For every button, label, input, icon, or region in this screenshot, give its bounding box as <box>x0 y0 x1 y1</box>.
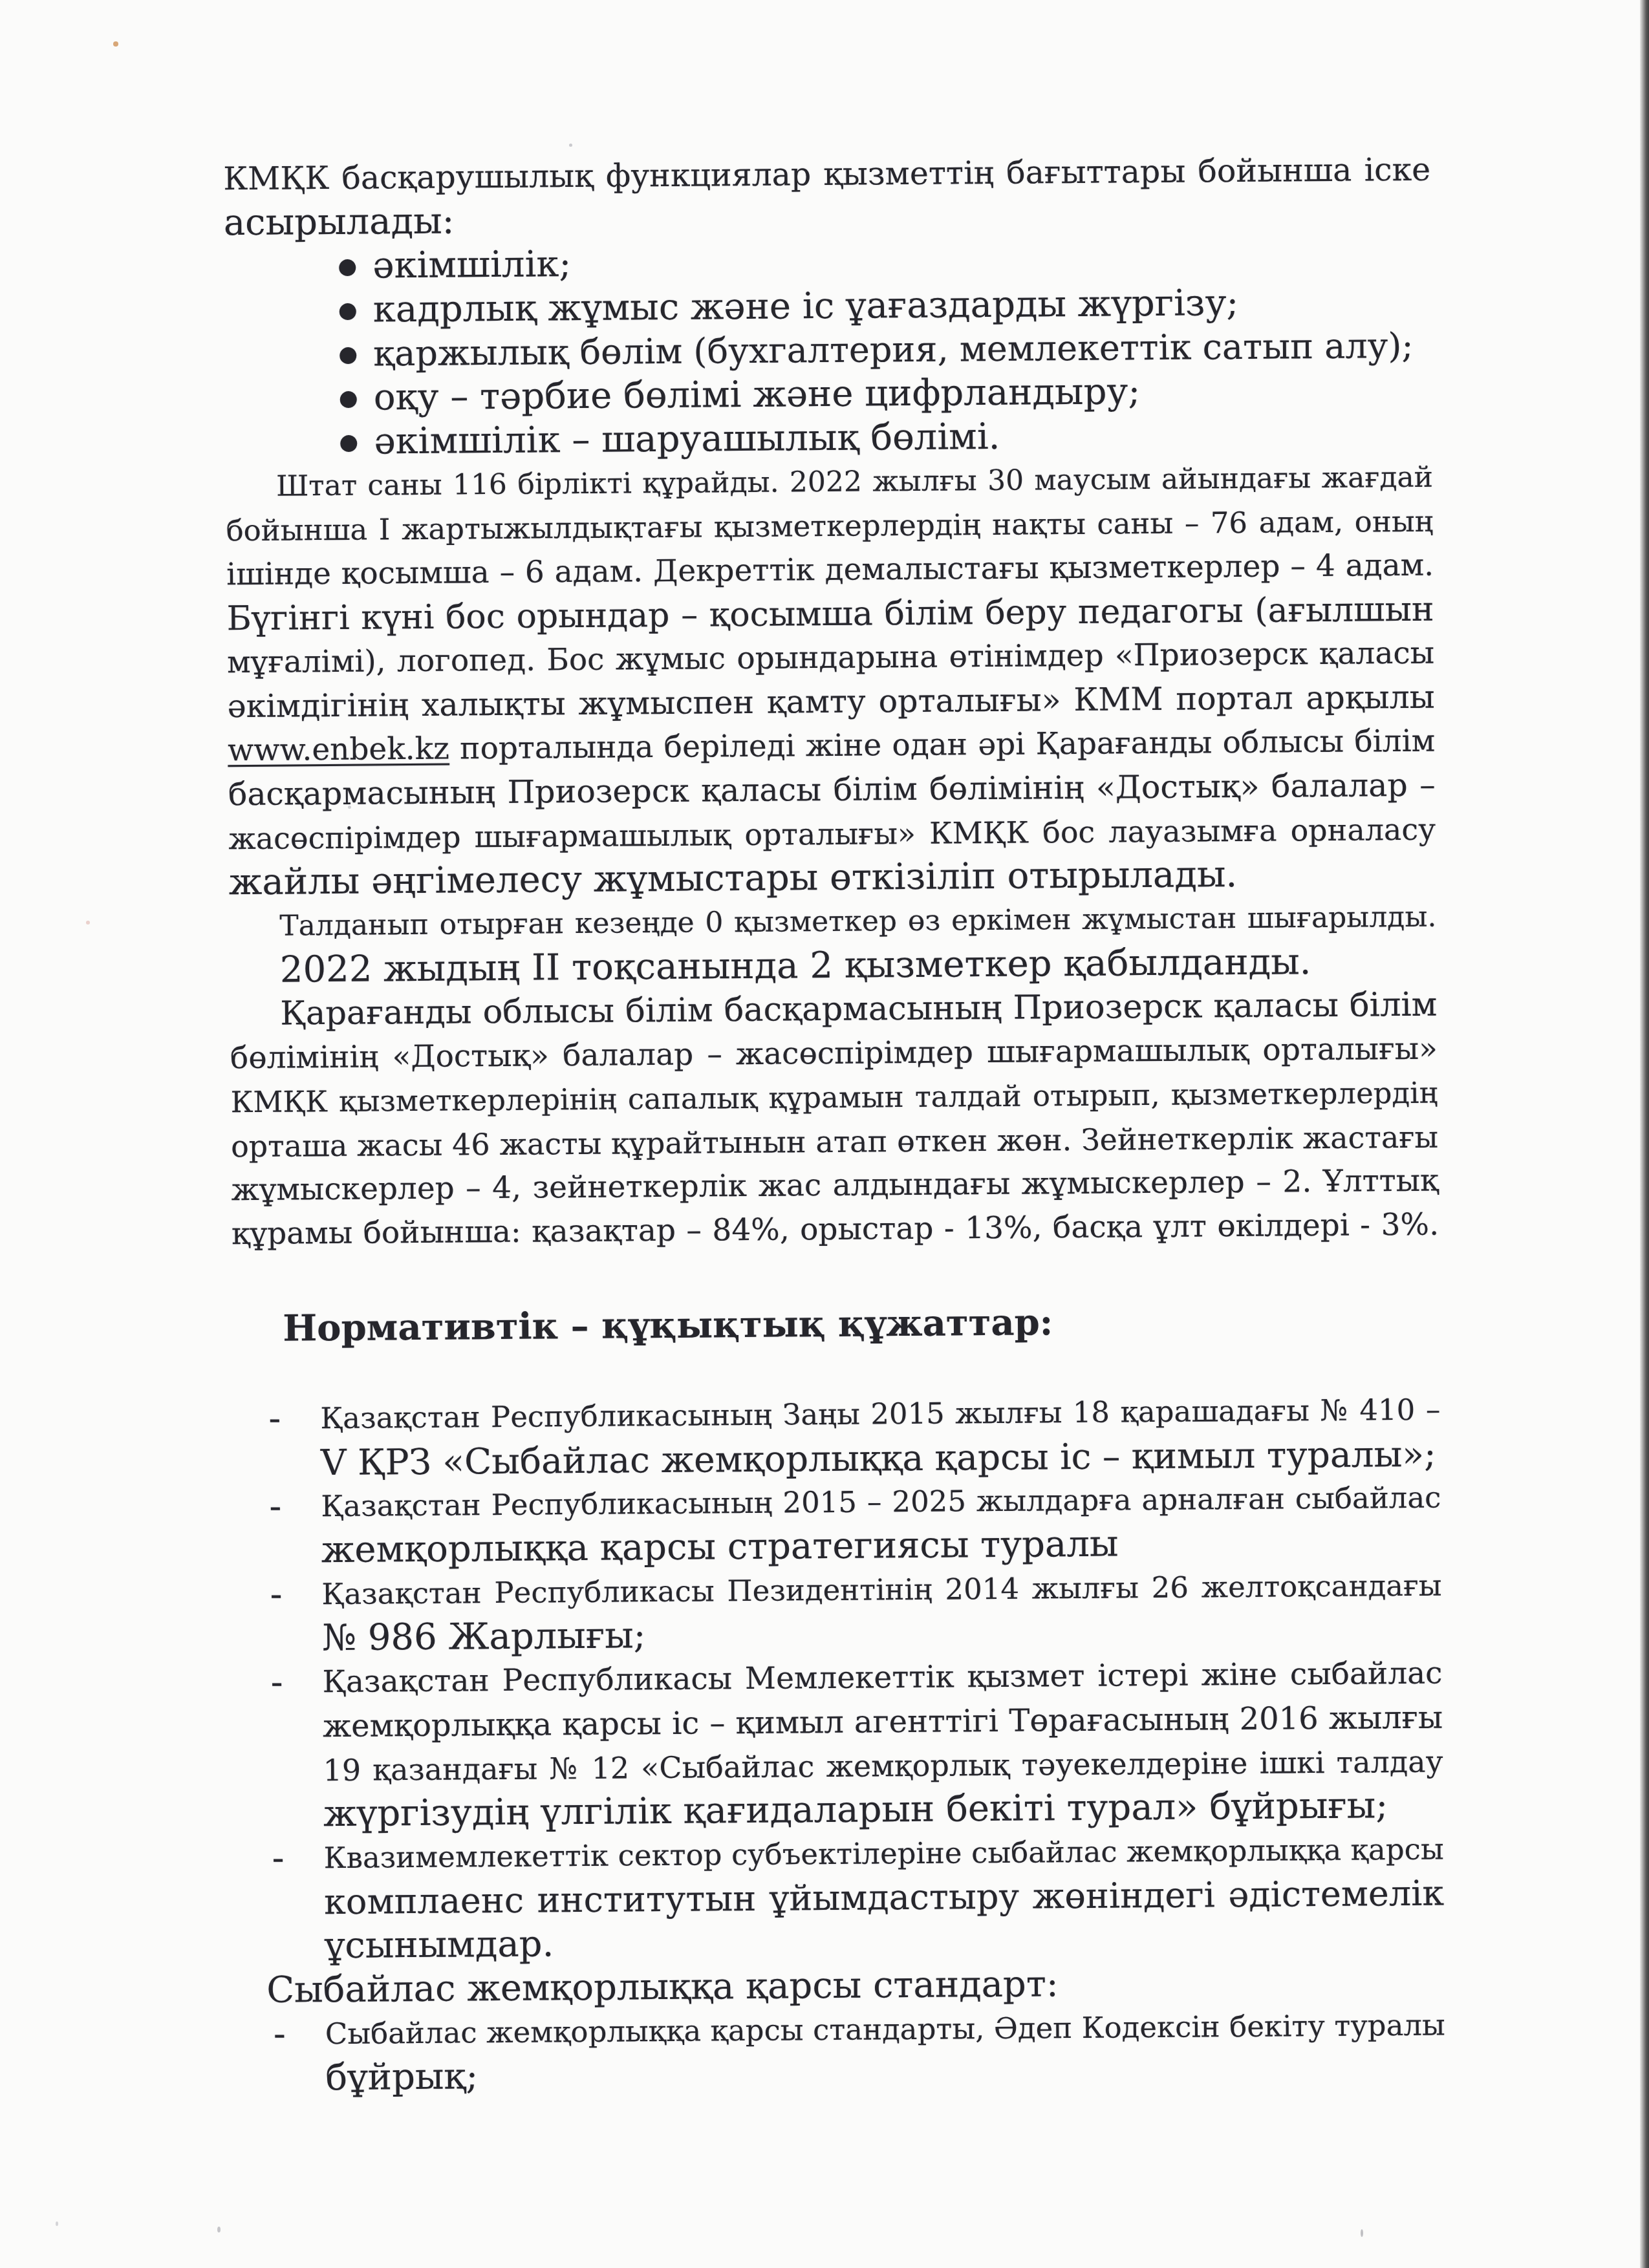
dash-marker: - <box>272 1837 284 1881</box>
bullet-item-text: әкімшілік; <box>372 236 1431 288</box>
scan-speck <box>348 806 351 809</box>
bullet-icon: ● <box>338 332 358 376</box>
bullet-icon: ● <box>339 376 358 420</box>
scan-speck <box>113 41 118 47</box>
scanner-edge-shadow <box>1640 0 1649 2268</box>
bullet-item-text: кадрлық жұмыс және іс ұағаздарды жүргізу… <box>373 280 1432 332</box>
enbek-url-text: www.enbek.kz <box>228 731 449 769</box>
bullet-icon: ● <box>338 244 357 288</box>
bullet-icon: ● <box>339 420 358 464</box>
scan-speck <box>569 144 572 147</box>
dash-marker: - <box>274 2013 286 2057</box>
scan-speck <box>217 2227 221 2232</box>
dash-marker: - <box>268 1397 281 1441</box>
vertical-gap <box>232 1247 1439 1307</box>
bullet-item-text: әкімшілік – шаруашылық бөлімі. <box>374 412 1432 464</box>
dash-marker: - <box>269 1485 281 1529</box>
scanned-page: КМҚК басқарушылық функциялар қызметтің б… <box>0 0 1649 2268</box>
dash-marker: - <box>270 1661 283 1705</box>
body-line-rest: порталында беріледі жіне одан әрі Қараға… <box>449 723 1436 767</box>
bullet-item-text: қаржылық бөлім (бухгалтерия, мемлекеттік… <box>373 324 1432 376</box>
scan-speck <box>1361 2229 1363 2237</box>
bullet-icon: ● <box>338 288 358 332</box>
dash-marker: - <box>270 1573 282 1617</box>
dash-item-continuation: бұйрық; <box>238 2048 1445 2101</box>
bullet-item-text: оқу – тәрбие бөлімі және цифрландыру; <box>374 368 1432 420</box>
scan-speck <box>86 921 90 925</box>
page-text-block: КМҚК басқарушылық функциялар қызметтің б… <box>223 148 1446 2101</box>
scan-speck <box>56 2221 58 2226</box>
